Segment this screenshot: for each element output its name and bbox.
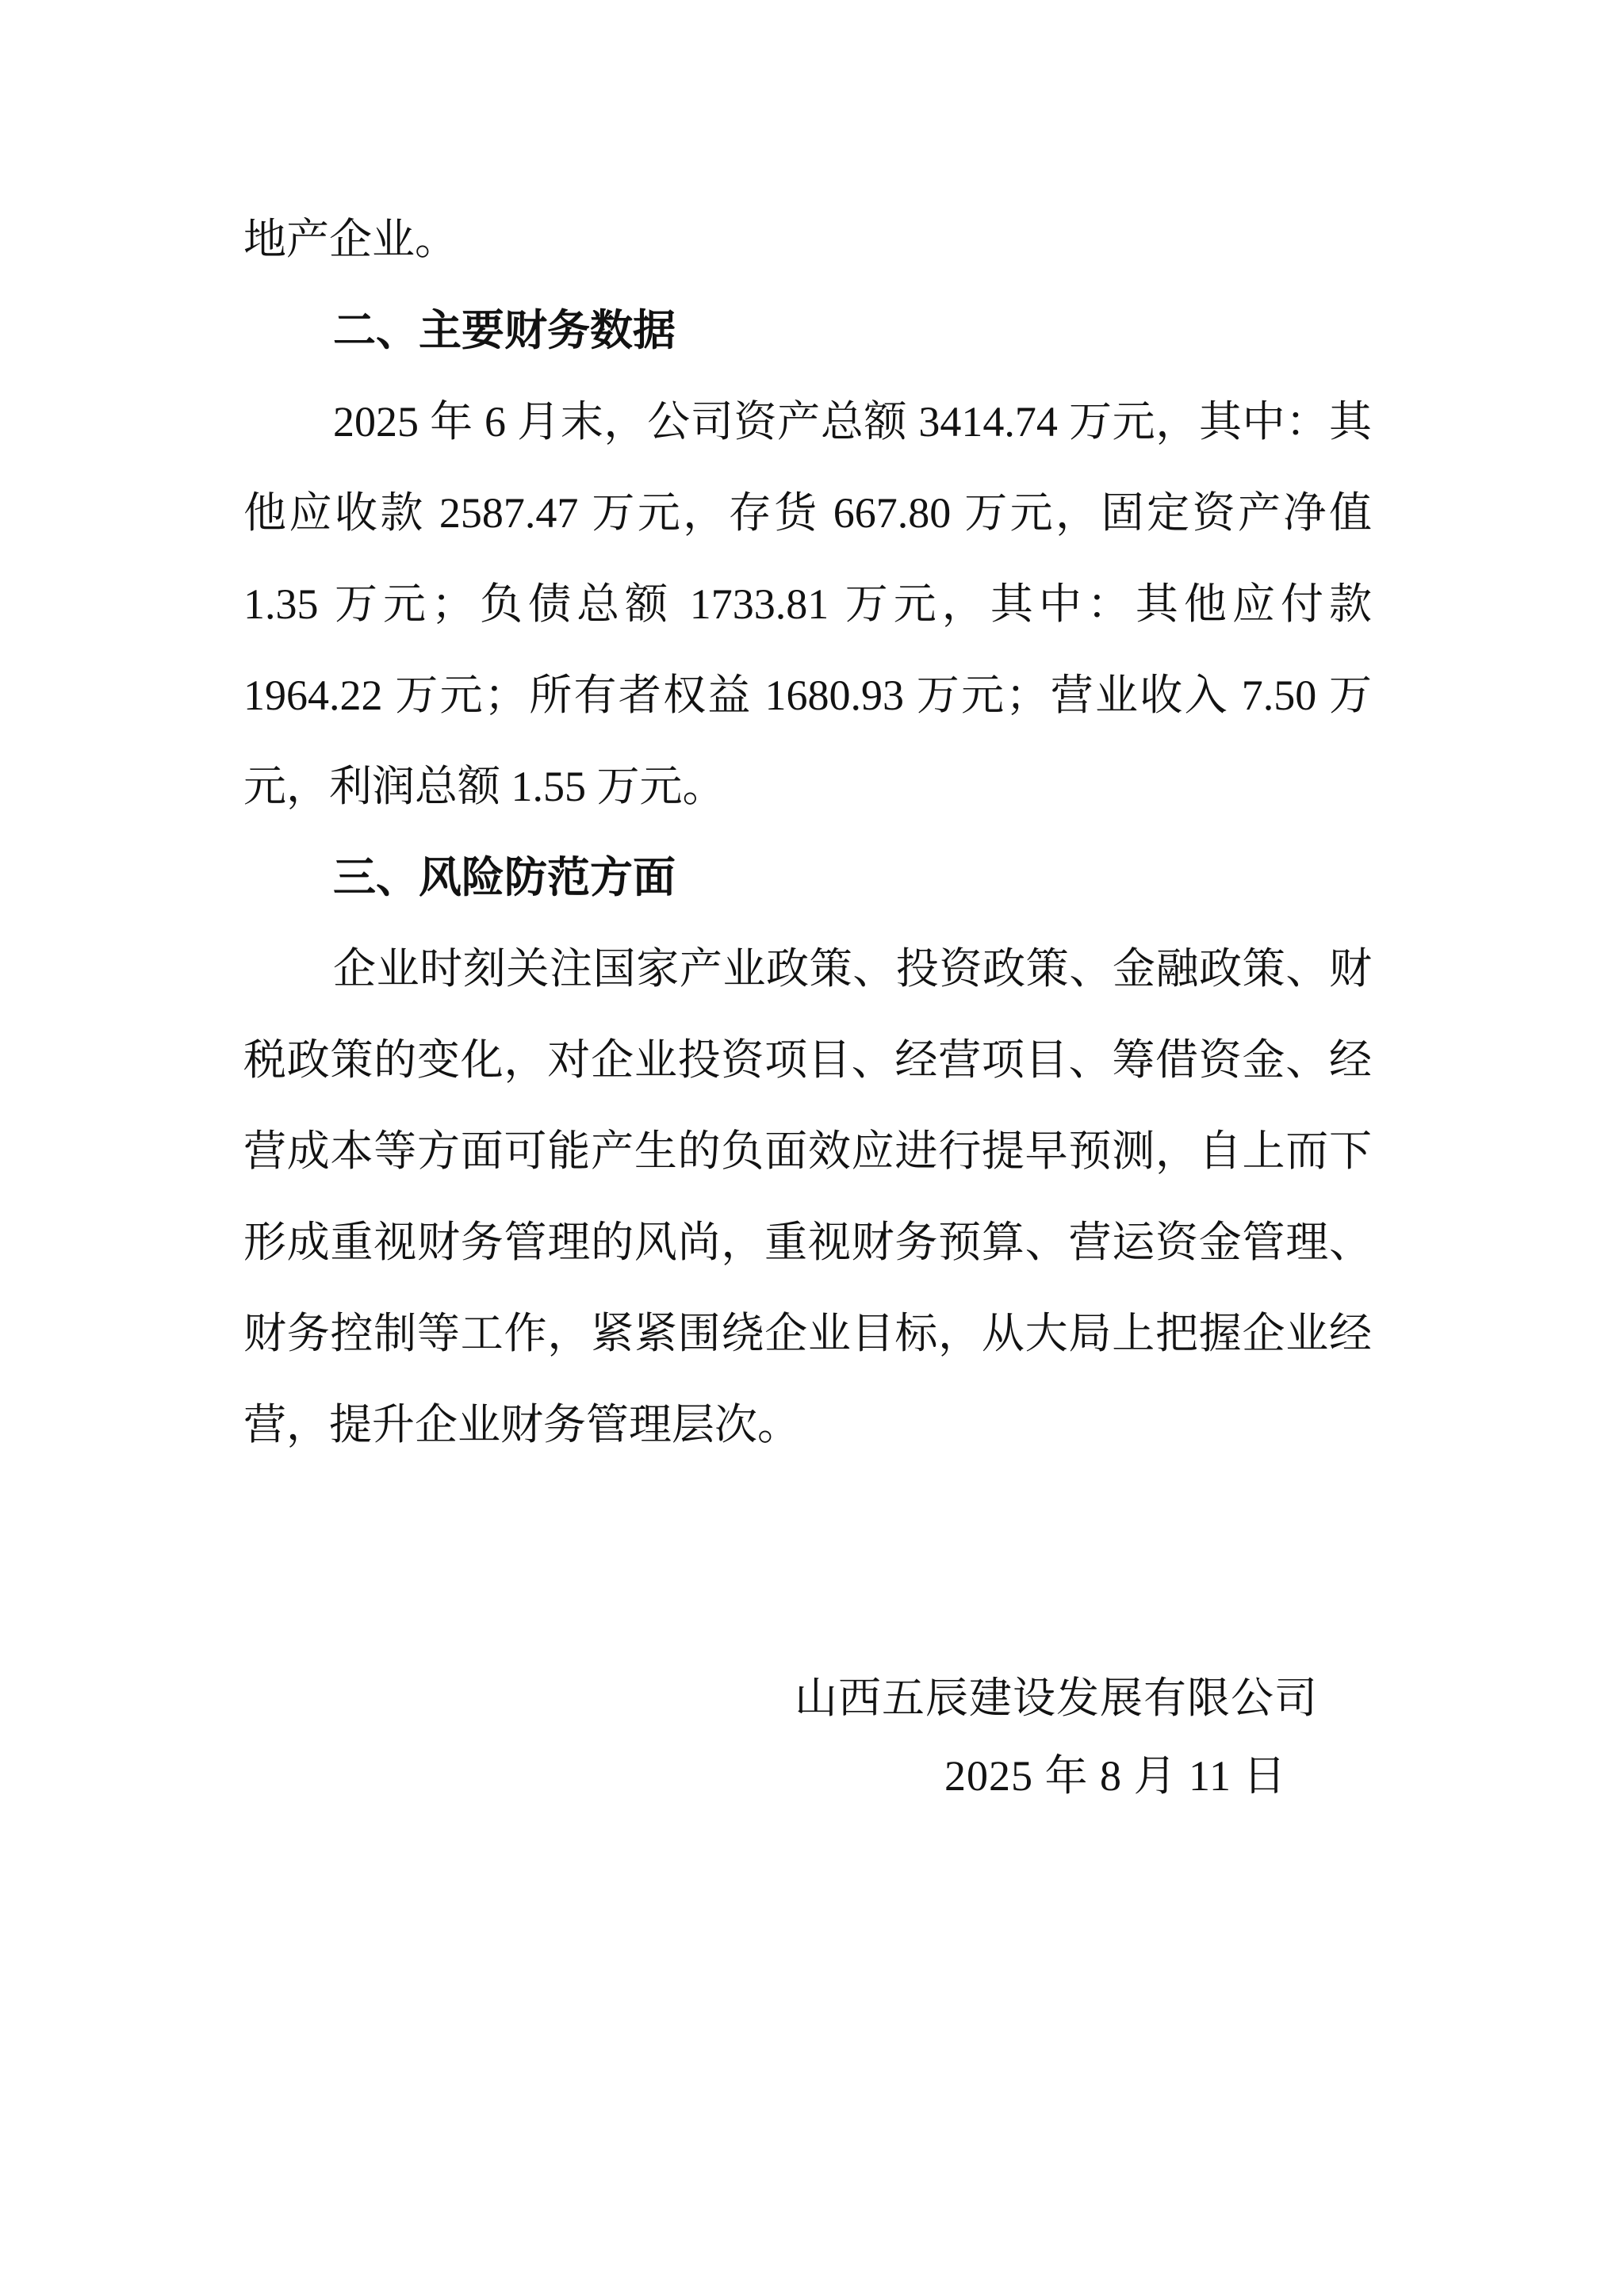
paragraph-line: 企业时刻关注国家产业政策、投资政策、金融政策、财 (243, 924, 1372, 1015)
section-heading-2: 二、主要财务数据 (243, 285, 1372, 377)
signature-date: 2025 年 8 月 11 日 (944, 1731, 1287, 1822)
paragraph-line: 营成本等方面可能产生的负面效应进行提早预测，自上而下 (243, 1106, 1372, 1197)
paragraph-line: 税政策的变化，对企业投资项目、经营项目、筹借资金、经 (243, 1015, 1372, 1106)
document-page: 地产企业。 二、主要财务数据 2025 年 6 月末，公司资产总额 3414.7… (0, 0, 1624, 2296)
paragraph-line: 地产企业。 (243, 194, 1372, 285)
paragraph-line: 营，提升企业财务管理层次。 (243, 1380, 1372, 1471)
paragraph-line: 他应收款 2587.47 万元，存货 667.80 万元，固定资产净值 (243, 468, 1372, 559)
paragraph-line: 财务控制等工作，紧紧围绕企业目标，从大局上把握企业经 (243, 1288, 1372, 1380)
paragraph-line: 1.35 万元；负债总额 1733.81 万元，其中：其他应付款 (243, 559, 1372, 650)
paragraph-line: 元，利润总额 1.55 万元。 (243, 741, 1372, 832)
document-body: 地产企业。 二、主要财务数据 2025 年 6 月末，公司资产总额 3414.7… (243, 194, 1372, 1471)
paragraph-line: 1964.22 万元；所有者权益 1680.93 万元；营业收入 7.50 万 (243, 650, 1372, 741)
paragraph-line: 形成重视财务管理的风尚，重视财务预算、营运资金管理、 (243, 1197, 1372, 1288)
paragraph-line: 2025 年 6 月末，公司资产总额 3414.74 万元，其中：其 (243, 377, 1372, 468)
section-heading-3: 三、风险防范方面 (243, 832, 1372, 924)
